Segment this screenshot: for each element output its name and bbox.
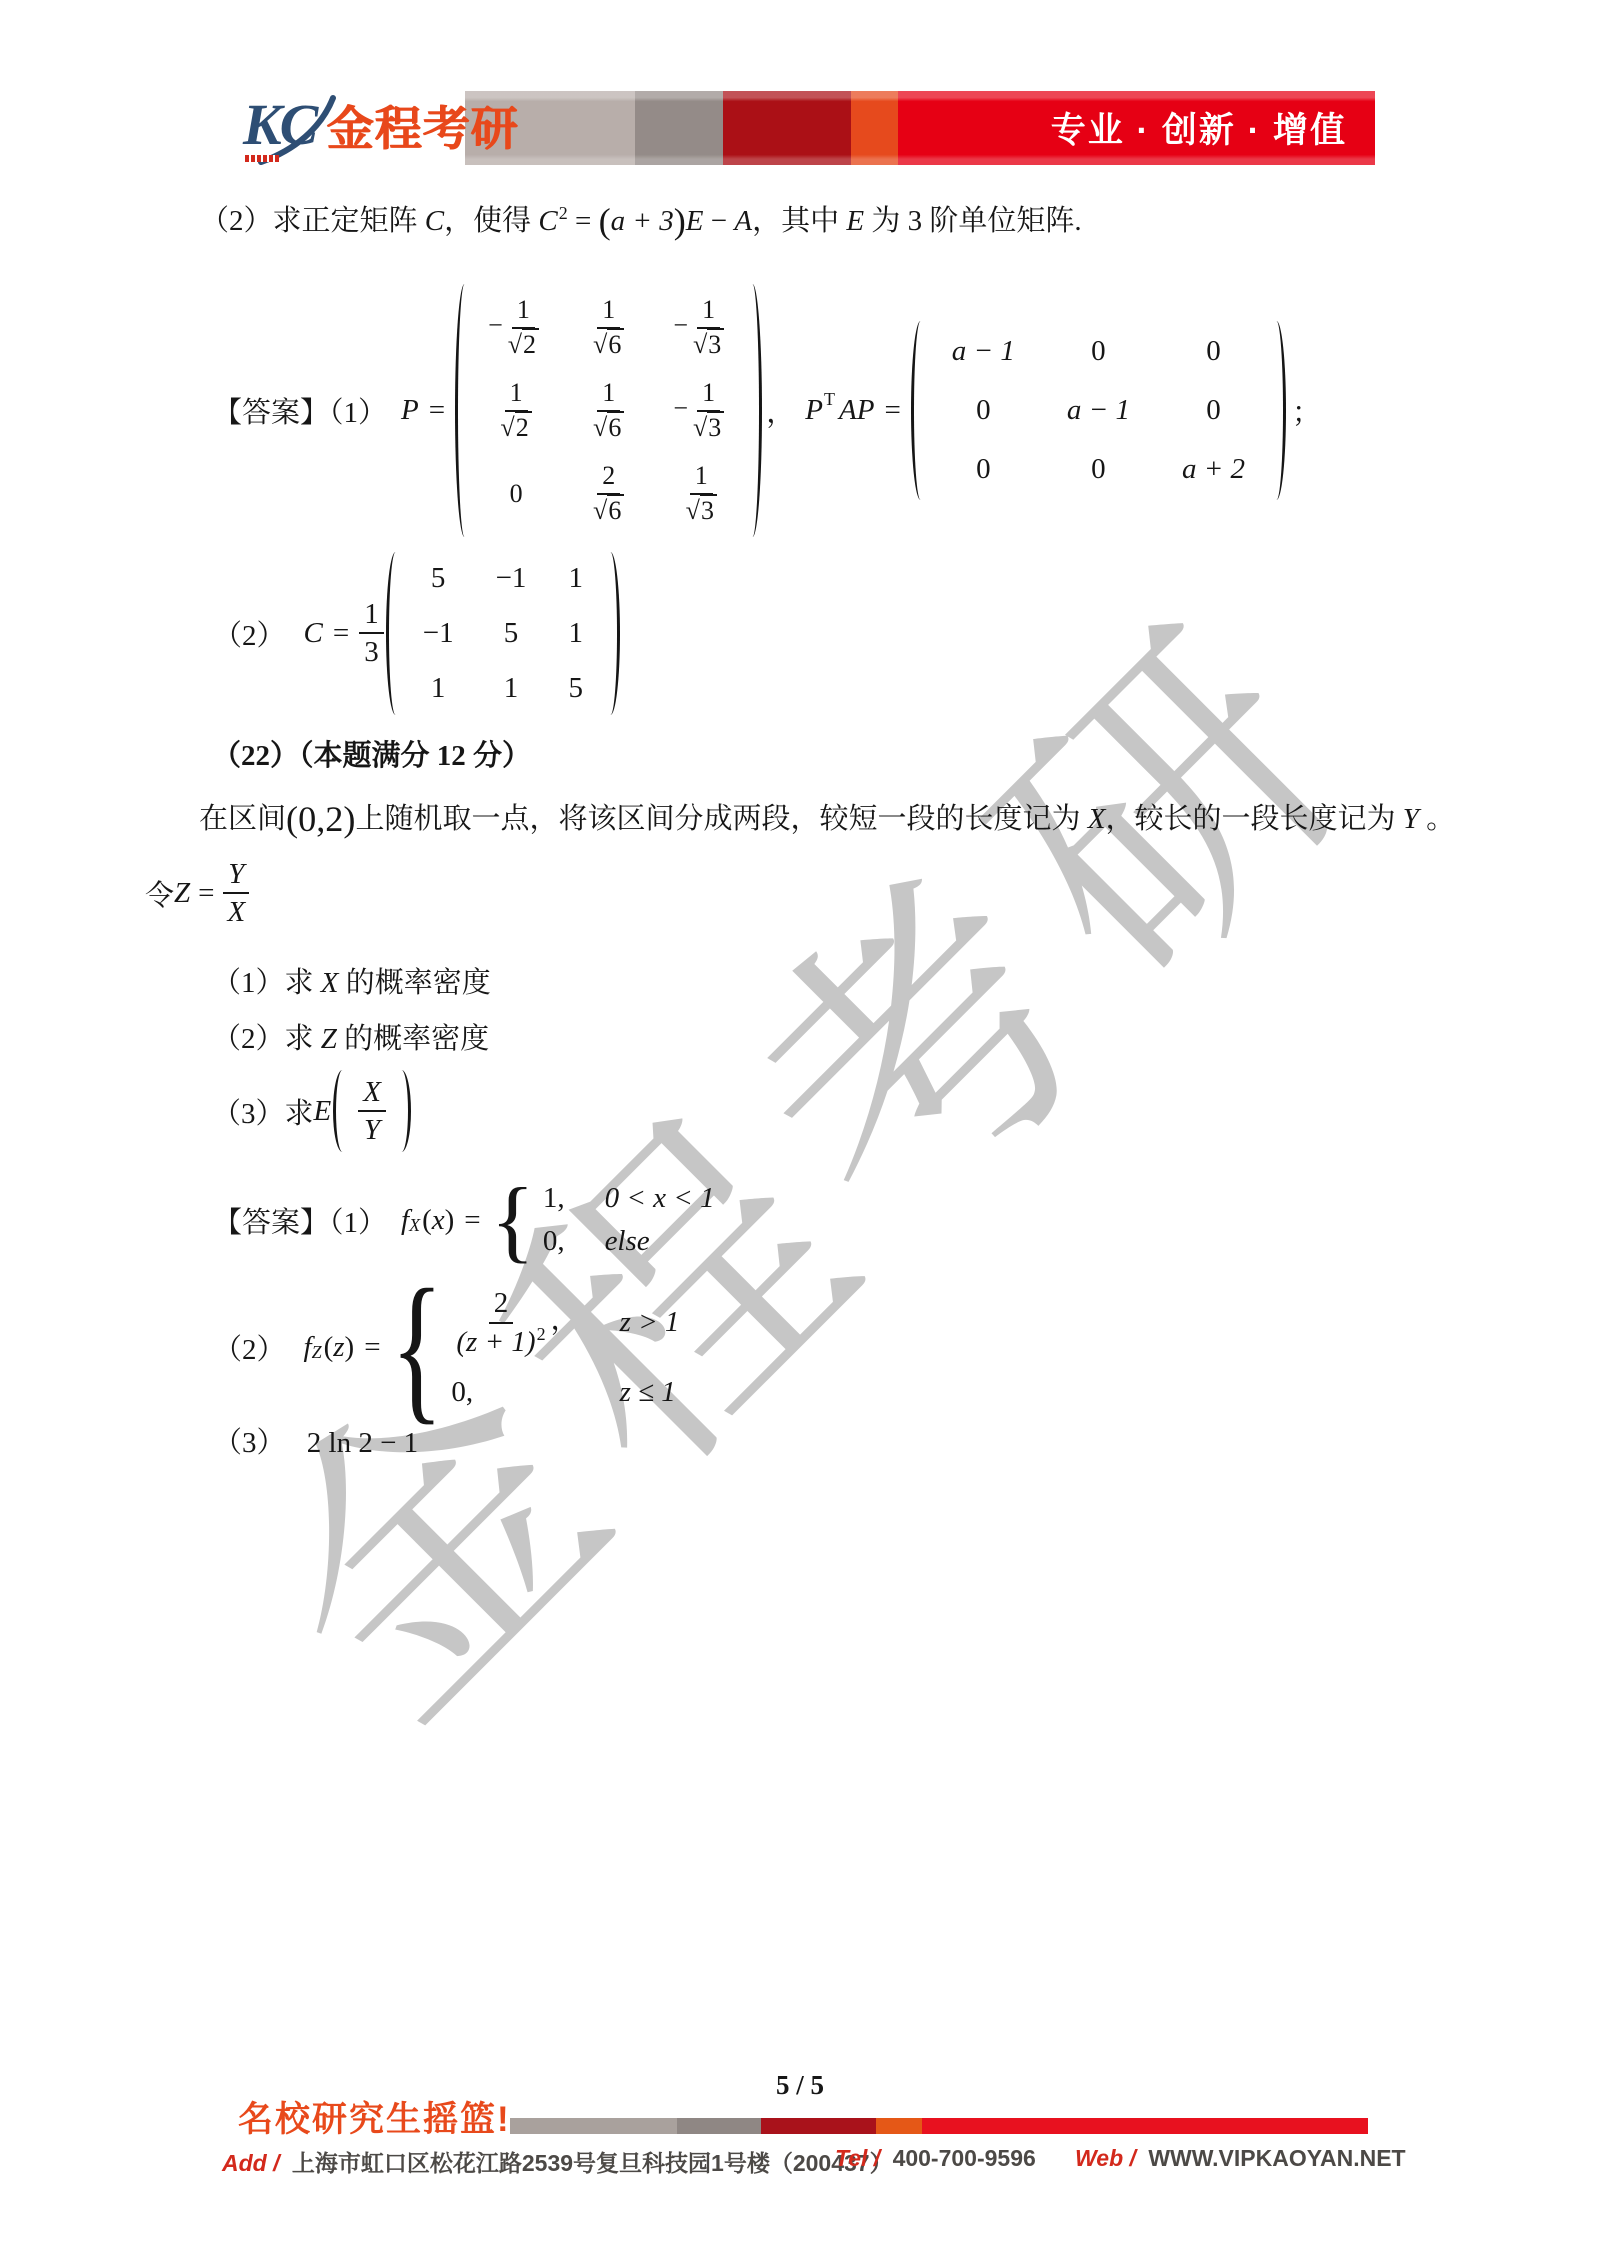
define-z-line: 令 Z = YX <box>145 848 250 938</box>
right-paren <box>743 284 762 537</box>
footer-web: Web / WWW.VIPKAOYAN.NET <box>1075 2145 1406 2172</box>
answer-fz-block: （2） fZ(z) = { 2(z + 1)2， z > 1 0, z ≤ 1 <box>213 1272 679 1422</box>
matrix-cell: 0 <box>1091 453 1106 486</box>
exponent: 2 <box>559 203 568 223</box>
item-2: （2）求 Z 的概率密度 <box>212 1016 489 1057</box>
matrix-cell: 0 <box>976 394 991 427</box>
banner-segment-gray-dark <box>635 91 723 165</box>
matrix-cell: −1√2 <box>488 294 544 361</box>
question-22-paragraph: 在区间(0,2)上随机取一点，将该区间分成两段，较短一段的长度记为 X，较长的一… <box>199 796 1469 840</box>
footer-bar-gray-dark <box>677 2118 761 2134</box>
matrix-cell: 5 <box>504 617 519 650</box>
question-2-line: （2）求正定矩阵 C，使得 C2 = (a + 3)E − A，其中 E 为 3… <box>200 198 1082 242</box>
matrix-cell: a + 2 <box>1182 453 1245 486</box>
footer-bar <box>510 2118 1368 2134</box>
matrix-cell: −1√3 <box>673 294 729 361</box>
coefficient-fraction: 13 <box>359 596 384 671</box>
matrix-cell: 2√6 <box>588 460 629 527</box>
matrix-c: 5 −1 1 −1 5 1 1 1 5 <box>386 552 620 715</box>
matrix-cell: 1 <box>504 672 519 705</box>
matrix-cell: 1√6 <box>588 377 629 444</box>
logo-flourish <box>245 155 279 162</box>
answer-3-line: （3） 2 ln 2 − 1 <box>213 1420 418 1461</box>
footer-bar-gray-light <box>510 2118 677 2134</box>
right-paren <box>392 1070 411 1153</box>
document-page: 金程考研 KC 金程考研 专业 · 创新 · 增值 （2）求正定矩阵 C，使得 … <box>0 0 1600 2263</box>
answer-2-block: （2） C = 13 5 −1 1 −1 5 1 1 1 5 <box>213 558 620 708</box>
footer-bar-orange <box>876 2118 922 2134</box>
footer-address: Add / 上海市虹口区松花江路2539号复旦科技园1号楼（200437） <box>222 2145 893 2178</box>
matrix-cell: 1√3 <box>681 460 722 527</box>
matrix-cell: 0 <box>1206 335 1221 368</box>
right-paren <box>601 552 620 715</box>
web-label: Web / <box>1075 2145 1142 2171</box>
footer-tel: Tel / 400-700-9596 <box>835 2145 1036 2172</box>
matrix-cell: 0 <box>1206 394 1221 427</box>
address-label: Add / <box>222 2150 286 2176</box>
matrix-cell: 0 <box>976 453 991 486</box>
piecewise-fz: { 2(z + 1)2， z > 1 0, z ≤ 1 <box>391 1285 680 1409</box>
matrix-cell: −1 <box>423 617 454 650</box>
matrix-ptap: a − 1 0 0 0 a − 1 0 0 0 a + 2 <box>911 321 1286 500</box>
answer-label: 【答案】（1） <box>213 390 387 431</box>
answer-label: 【答案】（1） <box>213 1200 387 1241</box>
left-brace: { <box>391 1273 444 1422</box>
item-1: （1）求 X 的概率密度 <box>212 960 491 1001</box>
footer-bar-dark-red <box>761 2118 876 2134</box>
right-paren <box>1267 321 1286 500</box>
header-banner: 专业 · 创新 · 增值 <box>465 91 1375 165</box>
z-fraction: YX <box>223 856 251 931</box>
left-brace: { <box>491 1179 535 1262</box>
matrix-cell: 0 <box>510 479 523 509</box>
tel-label: Tel / <box>835 2145 887 2171</box>
header-logo: KC 金程考研 <box>243 96 518 154</box>
answer-fx-block: 【答案】（1） fX(x) = { 1,0 < x < 1 0,else <box>213 1165 715 1275</box>
matrix-cell: −1 <box>496 562 527 595</box>
question-22-heading: （22）（本题满分 12 分） <box>212 733 531 774</box>
answer-1-block: 【答案】（1） P = −1√2 1√6 −1√3 1√2 1√6 −1√3 0… <box>213 268 1321 553</box>
matrix-cell: 1 <box>568 617 583 650</box>
matrix-cell: 5 <box>431 562 446 595</box>
fz-branch-1: 2(z + 1)2， <box>451 1285 579 1360</box>
expectation-parens: XY <box>333 1070 411 1153</box>
var-C: C <box>425 205 444 237</box>
transpose: T <box>824 389 835 410</box>
left-paren <box>455 284 474 537</box>
matrix-cell: 5 <box>568 672 583 705</box>
matrix-p: −1√2 1√6 −1√3 1√2 1√6 −1√3 0 2√6 1√3 <box>455 284 762 537</box>
matrix-cell: 0 <box>1091 335 1106 368</box>
matrix-cell: 1√6 <box>588 294 629 361</box>
footer-bar-red <box>922 2118 1368 2134</box>
left-paren <box>911 321 930 500</box>
matrix-cell: 1 <box>431 672 446 705</box>
matrix-cell: −1√3 <box>673 377 729 444</box>
banner-segment-red: 专业 · 创新 · 增值 <box>898 91 1375 165</box>
left-paren <box>386 552 405 715</box>
banner-segment-dark-red <box>723 91 851 165</box>
piecewise-fx: { 1,0 < x < 1 0,else <box>491 1179 715 1262</box>
matrix-cell: a − 1 <box>1067 394 1130 427</box>
brand-name: 金程考研 <box>326 104 518 154</box>
banner-segment-orange <box>851 91 898 165</box>
interval: (0,2) <box>286 799 355 839</box>
matrix-cell: 1 <box>568 562 583 595</box>
left-paren <box>333 1070 352 1153</box>
matrix-cell: a − 1 <box>952 335 1015 368</box>
header-slogan: 专业 · 创新 · 增值 <box>1051 103 1375 153</box>
kc-logo-mark: KC <box>243 96 316 154</box>
item-3: （3）求 E XY <box>212 1066 411 1156</box>
footer-slogan: 名校研究生摇篮! <box>238 2092 511 2142</box>
matrix-cell: 1√2 <box>495 377 536 444</box>
